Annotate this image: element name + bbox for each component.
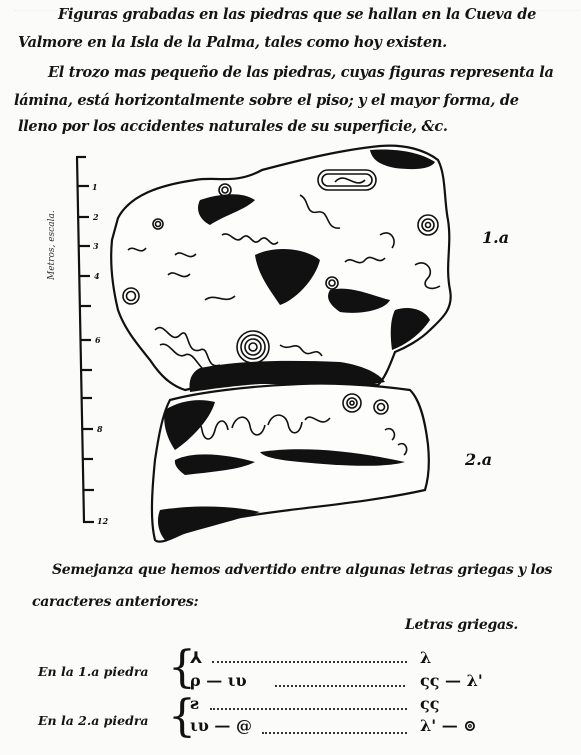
group-2-label: En la 2.a piedra	[38, 713, 149, 728]
stone-1-drawing	[111, 146, 450, 392]
leader-dots	[262, 732, 407, 734]
scale-tick-label: 2	[93, 212, 99, 222]
scale-tick-label: 8	[97, 424, 103, 434]
scale-caption: Metros, escala.	[47, 210, 57, 280]
greek-letters-column-header: Letras griegas.	[405, 617, 518, 633]
scale-tick-label: 12	[97, 516, 108, 526]
leader-dots	[210, 708, 407, 710]
group-1-row-2-greek: ςς — λ'	[420, 671, 483, 690]
scale-tick-label: 3	[93, 241, 99, 251]
stone-engraving-illustration	[0, 0, 581, 755]
stone-1-label: 1.a	[482, 228, 509, 247]
group-1-row-1-greek: λ	[420, 648, 431, 667]
leader-dots	[212, 661, 407, 663]
scale-bar	[76, 157, 94, 522]
group-2-row-1-greek: ςς	[420, 694, 439, 713]
group-2-row-2-glyph: ιυ — @	[190, 716, 252, 735]
leader-dots	[275, 685, 405, 687]
group-1-label: En la 1.a piedra	[38, 664, 149, 679]
scale-tick-label: 6	[95, 335, 101, 345]
scale-tick-label: 4	[94, 271, 100, 281]
group-2-row-2-greek: λ' — ⊚	[420, 716, 477, 735]
comparison-intro-line-2: caracteres anteriores:	[32, 594, 198, 610]
comparison-intro-line-1: Semejanza que hemos advertido entre algu…	[52, 562, 552, 578]
group-1-row-2-glyph: ρ — ιυ	[190, 671, 247, 690]
stone-2-label: 2.a	[465, 450, 492, 469]
group-2-row-1-glyph: ꙅ	[190, 694, 199, 713]
group-1-row-1-glyph: ⅄	[190, 648, 202, 667]
scale-tick-label: 1	[92, 182, 98, 192]
stone-2-drawing	[152, 383, 429, 541]
